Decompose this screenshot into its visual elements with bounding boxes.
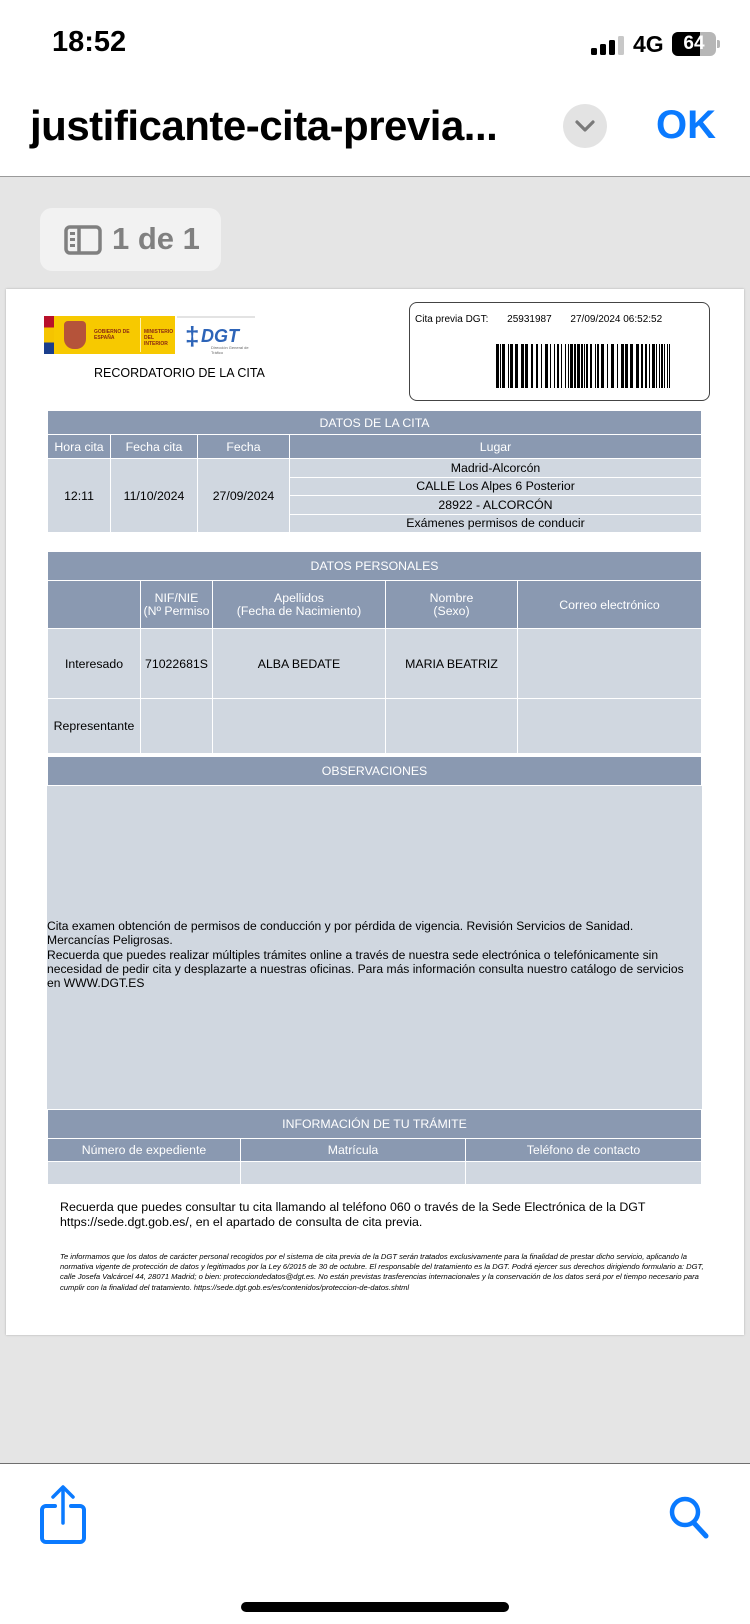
lugar-line: Madrid-Alcorcón — [290, 459, 702, 478]
header-matricula: Matrícula — [241, 1139, 466, 1162]
header-apellidos-line1: Apellidos — [274, 591, 324, 605]
battery-tip — [717, 40, 720, 48]
title-menu-button[interactable] — [563, 104, 607, 148]
datos-personales-table: DATOS PERSONALES NIF/NIE(Nº Permiso Apel… — [47, 551, 702, 754]
network-type: 4G — [633, 31, 664, 58]
home-indicator[interactable] — [241, 1602, 509, 1612]
ok-button[interactable]: OK — [656, 103, 716, 148]
fecha-value: 27/09/2024 — [198, 459, 290, 533]
gobierno-logo: GOBIERNO DE ESPAÑA MINISTERIO DEL INTERI… — [54, 316, 175, 354]
matricula-cell — [241, 1162, 466, 1185]
battery-level: 64 — [672, 32, 716, 56]
info-tramite-title: INFORMACIÓN DE TU TRÁMITE — [48, 1110, 702, 1139]
nombre-cell — [386, 699, 518, 754]
header-expediente: Número de expediente — [48, 1139, 241, 1162]
header-apellidos-line2: (Fecha de Nacimiento) — [237, 604, 361, 618]
apellidos-cell: ALBA BEDATE — [213, 629, 386, 699]
observaciones-line-2: Recuerda que puedes realizar múltiples t… — [47, 948, 697, 991]
search-button[interactable] — [666, 1494, 712, 1540]
table-row: Interesado 71022681S ALBA BEDATE MARIA B… — [48, 629, 702, 699]
lugar-line: Exámenes permisos de conducir — [290, 514, 702, 533]
header-nif-line1: NIF/NIE — [155, 591, 199, 605]
share-icon — [38, 1484, 88, 1546]
hora-cita-value: 12:11 — [48, 459, 111, 533]
gobierno-dgt-logo: GOBIERNO DE ESPAÑA MINISTERIO DEL INTERI… — [44, 316, 255, 354]
table-row: Representante — [48, 699, 702, 754]
share-button[interactable] — [38, 1484, 88, 1546]
lugar-line: 28922 - ALCORCÓN — [290, 496, 702, 515]
bottom-toolbar — [0, 1463, 750, 1624]
ministerio-text: MINISTERIO DEL INTERIOR — [144, 329, 174, 347]
header-nif-line2: (Nº Permiso — [144, 604, 210, 618]
status-time: 18:52 — [52, 26, 126, 59]
header-apellidos: Apellidos(Fecha de Nacimiento) — [213, 581, 386, 629]
header-nombre-line1: Nombre — [430, 591, 474, 605]
info-tramite-table: INFORMACIÓN DE TU TRÁMITE Número de expe… — [47, 1109, 702, 1185]
appointment-id: 25931987 — [507, 314, 552, 325]
correo-cell — [518, 699, 702, 754]
dgt-cross-icon: ‡ — [185, 326, 199, 346]
appointment-id-row: Cita previa DGT: 25931987 27/09/2024 06:… — [415, 314, 678, 325]
dgt-wordmark: DGT — [201, 326, 239, 347]
datos-cita-table: DATOS DE LA CITA Hora cita Fecha cita Fe… — [47, 410, 702, 533]
status-bar: 18:52 4G 64 — [0, 0, 750, 90]
correo-cell — [518, 629, 702, 699]
nif-cell: 71022681S — [141, 629, 213, 699]
cellular-signal-icon — [591, 37, 625, 55]
coat-of-arms-icon — [64, 321, 86, 349]
sidebar-icon — [64, 225, 102, 255]
apellidos-cell — [213, 699, 386, 754]
chevron-down-icon — [574, 117, 596, 135]
observaciones-text: Cita examen obtención de permisos de con… — [47, 919, 697, 990]
header-fecha-cita: Fecha cita — [111, 435, 198, 459]
observaciones-title: OBSERVACIONES — [48, 757, 702, 786]
header-nombre: Nombre(Sexo) — [386, 581, 518, 629]
header-role — [48, 581, 141, 629]
header-correo: Correo electrónico — [518, 581, 702, 629]
fecha-cita-value: 11/10/2024 — [111, 459, 198, 533]
flag-stripe — [44, 316, 54, 354]
header-nombre-line2: (Sexo) — [433, 604, 469, 618]
expediente-cell — [48, 1162, 241, 1185]
navigation-bar: justificante-cita-previa... OK — [0, 90, 750, 177]
privacy-notice: Te informamos que los datos de carácter … — [60, 1252, 710, 1293]
consult-note: Recuerda que puedes consultar tu cita ll… — [60, 1200, 700, 1230]
appointment-timestamp: 27/09/2024 06:52:52 — [570, 314, 662, 325]
page-indicator[interactable]: 1 de 1 — [40, 208, 221, 271]
pdf-page: GOBIERNO DE ESPAÑA MINISTERIO DEL INTERI… — [6, 289, 744, 1335]
logo-divider — [140, 318, 141, 352]
dgt-subtitle: Dirección General de Tráfico — [211, 345, 251, 355]
battery-icon: 64 — [672, 32, 716, 56]
observaciones-header: OBSERVACIONES — [47, 756, 702, 786]
barcode-image — [496, 344, 672, 388]
nombre-cell: MARIA BEATRIZ — [386, 629, 518, 699]
header-telefono: Teléfono de contacto — [466, 1139, 702, 1162]
observaciones-line-1: Cita examen obtención de permisos de con… — [47, 919, 697, 948]
header-lugar: Lugar — [290, 435, 702, 459]
header-hora-cita: Hora cita — [48, 435, 111, 459]
datos-personales-title: DATOS PERSONALES — [48, 552, 702, 581]
lugar-line: CALLE Los Alpes 6 Posterior — [290, 477, 702, 496]
page-count-label: 1 de 1 — [112, 221, 200, 257]
appointment-barcode-box: Cita previa DGT: 25931987 27/09/2024 06:… — [409, 302, 710, 401]
observaciones-body: Cita examen obtención de permisos de con… — [47, 786, 702, 1109]
appointment-id-label: Cita previa DGT: — [415, 314, 488, 325]
gobierno-text: GOBIERNO DE ESPAÑA — [94, 329, 134, 341]
datos-cita-title: DATOS DE LA CITA — [48, 411, 702, 435]
telefono-cell — [466, 1162, 702, 1185]
dgt-logo: ‡ DGT Dirección General de Tráfico — [177, 316, 255, 354]
search-icon — [666, 1494, 712, 1540]
header-nif: NIF/NIE(Nº Permiso — [141, 581, 213, 629]
nif-cell — [141, 699, 213, 754]
header-fecha: Fecha — [198, 435, 290, 459]
document-title[interactable]: justificante-cita-previa... — [30, 102, 497, 150]
role-cell: Representante — [48, 699, 141, 754]
role-cell: Interesado — [48, 629, 141, 699]
document-heading: RECORDATORIO DE LA CITA — [94, 366, 265, 380]
